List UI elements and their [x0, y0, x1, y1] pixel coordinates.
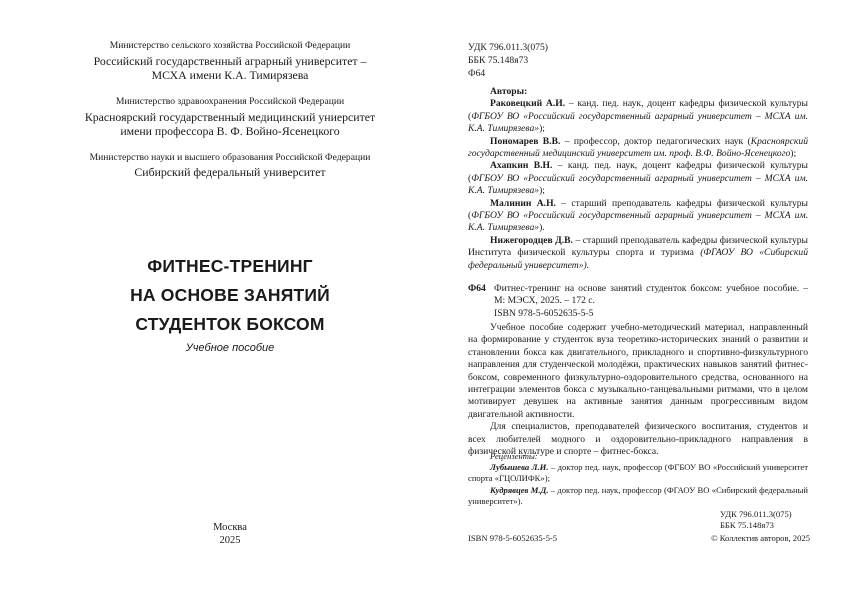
reviewers-heading: Рецензенты: [468, 451, 808, 462]
book-subtitle: Учебное пособие [40, 342, 420, 354]
catalog-isbn: ISBN 978-5-6052635-5-5 [494, 308, 808, 320]
bottom-isbn: ISBN 978-5-6052635-5-5 [468, 533, 557, 543]
catalog-description: Фитнес-тренинг на основе занятий студент… [494, 283, 808, 320]
reviewer-entry: Кудрявцев М.Д. – доктор пед. наук, профе… [468, 485, 808, 507]
author-entry: Пономарев В.В. – профессор, доктор педаг… [468, 136, 808, 161]
classification-codes: УДК 796.011.3(075) ББК 75.148я73 Ф64 [468, 41, 548, 80]
author-entry: Раковецкий А.И. – канд. пед. наук, доцен… [468, 98, 808, 135]
university-timiryazev: Российский государственный аграрный унив… [40, 55, 420, 82]
reviewers-section: Рецензенты: Лубышева Л.И. – доктор пед. … [468, 451, 808, 507]
abstract: Учебное пособие содержит учебно-методиче… [468, 322, 808, 458]
bottom-classification-codes: УДК 796.011.3(075) ББК 75.148я73 [720, 509, 792, 531]
university-siberian: Сибирский федеральный университет [40, 166, 420, 180]
title-page: Министерство сельского хозяйства Российс… [0, 0, 420, 595]
ministry-science: Министерство науки и высшего образования… [40, 152, 420, 163]
book-title: ФИТНЕС-ТРЕНИНГ НА ОСНОВЕ ЗАНЯТИЙ СТУДЕНТ… [40, 252, 420, 339]
ministry-agriculture: Министерство сельского хозяйства Российс… [40, 40, 420, 51]
imprint-page: УДК 796.011.3(075) ББК 75.148я73 Ф64 Авт… [420, 0, 841, 595]
author-entry: Малинин А.Н. – старший преподаватель каф… [468, 198, 808, 235]
university-krasnoyarsk: Красноярский государственный медицинский… [40, 111, 420, 138]
copyright-notice: © Коллектив авторов, 2025 [711, 533, 810, 543]
ministry-health: Министерство здравоохранения Российской … [40, 96, 420, 107]
author-mark: Ф64 [468, 67, 548, 80]
author-entry: Ахапкин В.Н. – канд. пед. наук, доцент к… [468, 160, 808, 197]
authors-heading: Авторы: [468, 86, 808, 98]
author-entry: Нижегородцев Д.В. – старший преподавател… [468, 235, 808, 272]
catalog-entry: Ф64 Фитнес-тренинг на основе занятий сту… [468, 283, 808, 320]
abstract-paragraph: Учебное пособие содержит учебно-методиче… [468, 322, 808, 421]
catalog-code: Ф64 [468, 283, 486, 295]
authors-section: Авторы: Раковецкий А.И. – канд. пед. нау… [468, 86, 808, 272]
publication-place: Москва 2025 [40, 521, 420, 547]
bbk-code: ББК 75.148я73 [468, 54, 548, 67]
reviewer-entry: Лубышева Л.И. – доктор пед. наук, профес… [468, 462, 808, 484]
udk-code: УДК 796.011.3(075) [468, 41, 548, 54]
